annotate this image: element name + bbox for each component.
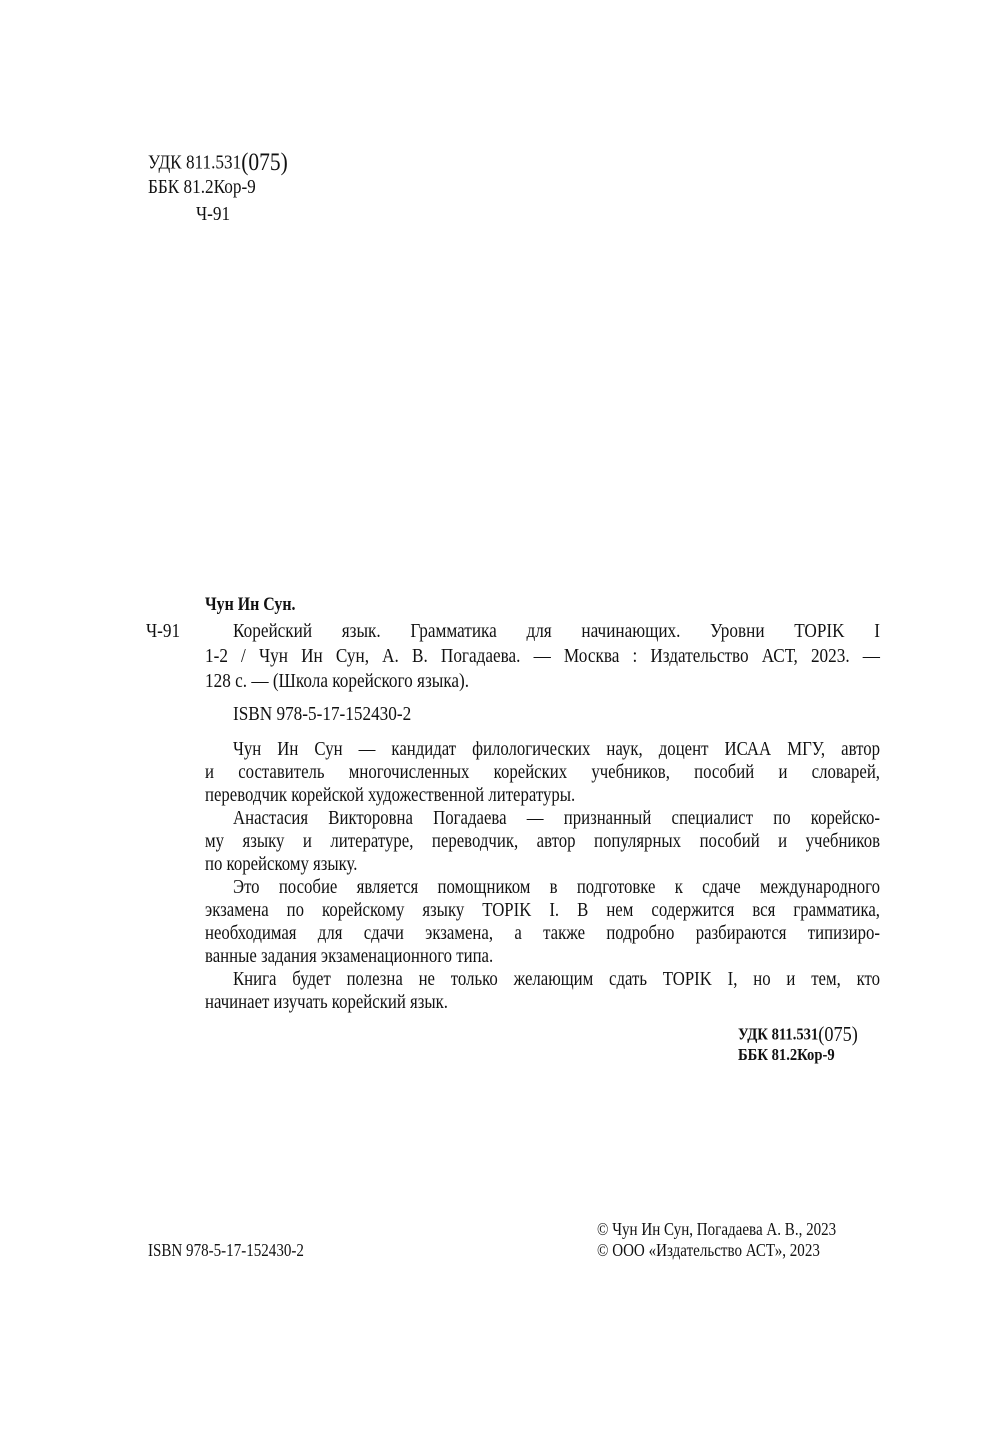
annotation-p2-line-3: по корейскому языку. bbox=[205, 855, 382, 875]
annotation-p1-line-3: переводчик корейской художественной лите… bbox=[205, 786, 635, 806]
bib-line-3-text: 128 с. — (Школа корейского языка). bbox=[205, 671, 469, 691]
bib-line-3: 128 с. — (Школа корейского языка). bbox=[205, 671, 512, 691]
copyright-authors-text: © Чун Ин Сун, Погадаева А. В., 2023 bbox=[597, 1221, 836, 1239]
footer-isbn: ISBN 978-5-17-152430-2 bbox=[148, 1242, 329, 1260]
copyright-publisher: © ООО «Издательство АСТ», 2023 bbox=[597, 1242, 856, 1260]
author-mark-top: Ч-91 bbox=[196, 204, 236, 224]
copyright-publisher-text: © ООО «Издательство АСТ», 2023 bbox=[597, 1242, 820, 1260]
annotation-p1-line-1: Чун Ин Сун — кандидат филологических нау… bbox=[233, 740, 880, 760]
annotation-p2-line-3-text: по корейскому языку. bbox=[205, 855, 357, 875]
bbk-value: ББК 81.2Кор-9 bbox=[148, 177, 256, 197]
annotation-p3-line-1: Это пособие является помощником в подгот… bbox=[233, 878, 880, 898]
annotation-p2-line-2: му языку и литературе, переводчик, автор… bbox=[205, 832, 880, 852]
annotation-p3-line-3: необходимая для сдачи экзамена, а также … bbox=[205, 924, 880, 944]
author-mark-left-text: Ч-91 bbox=[146, 621, 180, 641]
footer-isbn-text: ISBN 978-5-17-152430-2 bbox=[148, 1242, 304, 1260]
bib-line-2: 1-2 / Чун Ин Сун, А. В. Погадаева. — Мос… bbox=[205, 646, 880, 666]
annotation-p2-line-1: Анастасия Викторовна Погадаева — признан… bbox=[233, 809, 880, 829]
copyright-authors: © Чун Ин Сун, Погадаева А. В., 2023 bbox=[597, 1221, 875, 1239]
annotation-p4-line-2-text: начинает изучать корейский язык. bbox=[205, 993, 448, 1013]
bbk-bold-value: ББК 81.2Кор-9 bbox=[738, 1046, 835, 1063]
annotation-p1-line-3-text: переводчик корейской художественной лите… bbox=[205, 786, 575, 806]
udk-bold-paren: (075) bbox=[818, 1022, 858, 1046]
author-mark-value: Ч-91 bbox=[196, 204, 230, 224]
udk-code-bold: УДК 811.531(075) bbox=[738, 1024, 877, 1045]
udk-value: УДК 811.531 bbox=[148, 152, 241, 174]
bbk-code-bold: ББК 81.2Кор-9 bbox=[738, 1046, 850, 1063]
annotation-p3-line-4-text: ванные задания экзаменационного типа. bbox=[205, 947, 493, 967]
udk-bold-value: УДК 811.531 bbox=[738, 1025, 818, 1044]
udk-code: УДК 811.531(075) bbox=[148, 150, 311, 175]
annotation-p4-line-2: начинает изучать корейский язык. bbox=[205, 993, 488, 1013]
author-heading: Чун Ин Сун. bbox=[205, 596, 310, 615]
bib-isbn: ISBN 978-5-17-152430-2 bbox=[233, 704, 440, 724]
author-mark-left: Ч-91 bbox=[146, 621, 186, 641]
bib-isbn-text: ISBN 978-5-17-152430-2 bbox=[233, 704, 411, 724]
annotation-p3-line-4: ванные задания экзаменационного типа. bbox=[205, 947, 540, 967]
udk-paren: (075) bbox=[241, 149, 288, 176]
annotation-p3-line-2: экзамена по корейскому языку TOPIK I. В … bbox=[205, 901, 880, 921]
bib-line-1: Корейский язык. Грамматика для начинающи… bbox=[233, 621, 880, 641]
annotation-p4-line-1: Книга будет полезна не только желающим с… bbox=[233, 970, 880, 990]
author-heading-text: Чун Ин Сун. bbox=[205, 596, 295, 615]
annotation-p1-line-2: и составитель многочисленных корейских у… bbox=[205, 763, 880, 783]
bbk-code: ББК 81.2Кор-9 bbox=[148, 177, 273, 197]
